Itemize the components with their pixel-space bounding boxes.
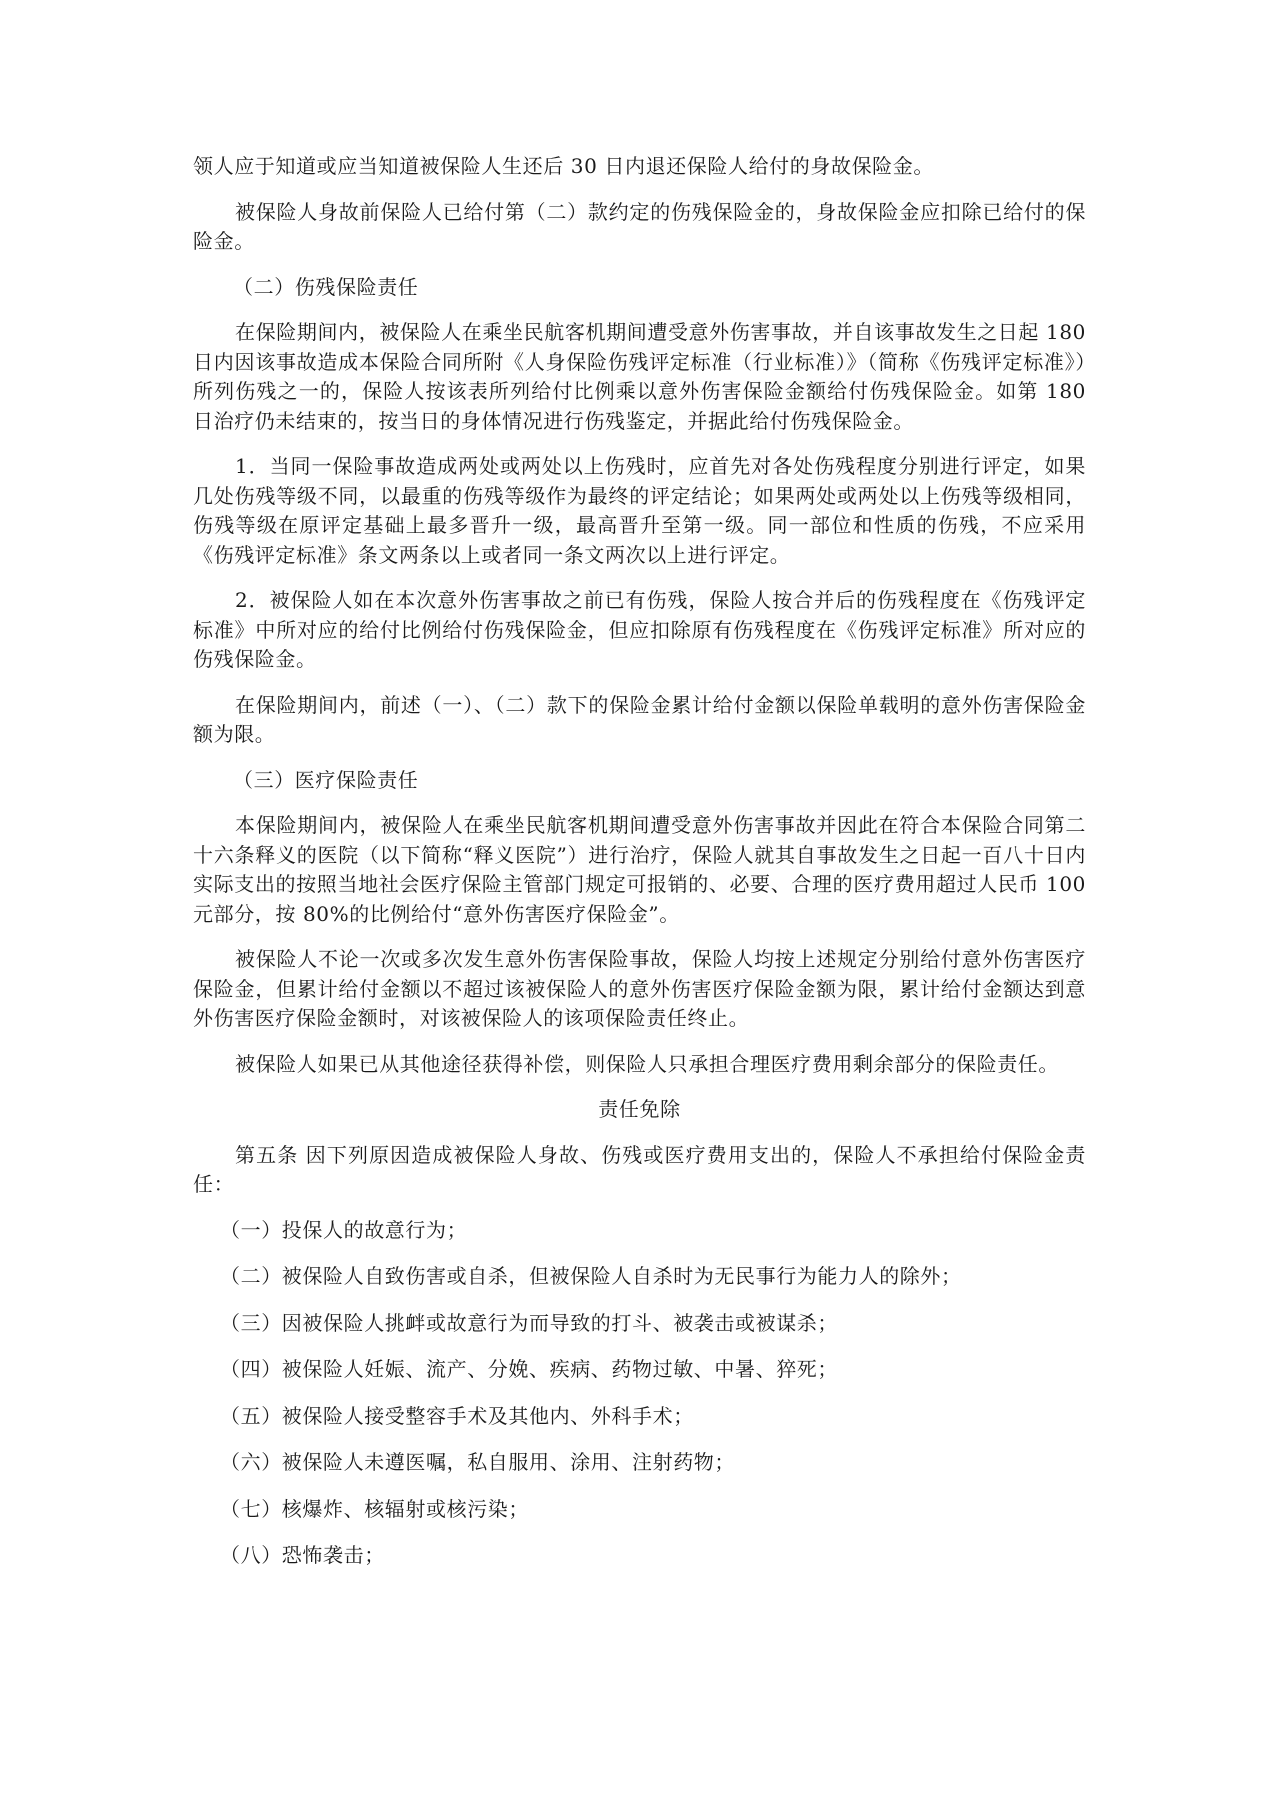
exclusion-item-1: （一）投保人的故意行为； bbox=[193, 1216, 1086, 1246]
exclusion-item-2: （二）被保险人自致伤害或自杀，但被保险人自杀时为无民事行为能力人的除外； bbox=[193, 1262, 1086, 1292]
exclusion-item-3: （三）因被保险人挑衅或故意行为而导致的打斗、被袭击或被谋杀； bbox=[193, 1309, 1086, 1339]
paragraph-disability-liability: 在保险期间内，被保险人在乘坐民航客机期间遭受意外伤害事故，并自该事故发生之日起 … bbox=[193, 318, 1086, 436]
paragraph-disability-rule-2: 2．被保险人如在本次意外伤害事故之前已有伤残，保险人按合并后的伤残程度在《伤残评… bbox=[193, 586, 1086, 675]
exclusion-item-7: （七）核爆炸、核辐射或核污染； bbox=[193, 1495, 1086, 1525]
paragraph-disability-rule-1: 1．当同一保险事故造成两处或两处以上伤残时，应首先对各处伤残程度分别进行评定，如… bbox=[193, 452, 1086, 570]
section-heading-exclusions: 责任免除 bbox=[193, 1095, 1086, 1125]
paragraph-death-benefit-deduction: 被保险人身故前保险人已给付第（二）款约定的伤残保险金的，身故保险金应扣除已给付的… bbox=[193, 198, 1086, 257]
paragraph-article-5: 第五条 因下列原因造成被保险人身故、伤残或医疗费用支出的，保险人不承担给付保险金… bbox=[193, 1141, 1086, 1200]
paragraph-medical-limit: 被保险人不论一次或多次发生意外伤害保险事故，保险人均按上述规定分别给付意外伤害医… bbox=[193, 945, 1086, 1034]
paragraph-medical-compensation: 被保险人如果已从其他途径获得补偿，则保险人只承担合理医疗费用剩余部分的保险责任。 bbox=[193, 1050, 1086, 1080]
exclusion-item-5: （五）被保险人接受整容手术及其他内、外科手术； bbox=[193, 1402, 1086, 1432]
document-page: 领人应于知道或应当知道被保险人生还后 30 日内退还保险人给付的身故保险金。 被… bbox=[193, 152, 1086, 1588]
exclusion-item-8: （八）恐怖袭击； bbox=[193, 1541, 1086, 1571]
paragraph-medical-liability: 本保险期间内，被保险人在乘坐民航客机期间遭受意外伤害事故并因此在符合本保险合同第… bbox=[193, 811, 1086, 929]
exclusion-item-4: （四）被保险人妊娠、流产、分娩、疾病、药物过敏、中暑、猝死； bbox=[193, 1355, 1086, 1385]
section-heading-medical: （三）医疗保险责任 bbox=[193, 766, 1086, 796]
section-heading-disability: （二）伤残保险责任 bbox=[193, 273, 1086, 303]
exclusion-item-6: （六）被保险人未遵医嘱，私自服用、涂用、注射药物； bbox=[193, 1448, 1086, 1478]
paragraph-cumulative-limit: 在保险期间内，前述（一）、（二）款下的保险金累计给付金额以保险单载明的意外伤害保… bbox=[193, 691, 1086, 750]
paragraph-continuation: 领人应于知道或应当知道被保险人生还后 30 日内退还保险人给付的身故保险金。 bbox=[193, 152, 1086, 182]
